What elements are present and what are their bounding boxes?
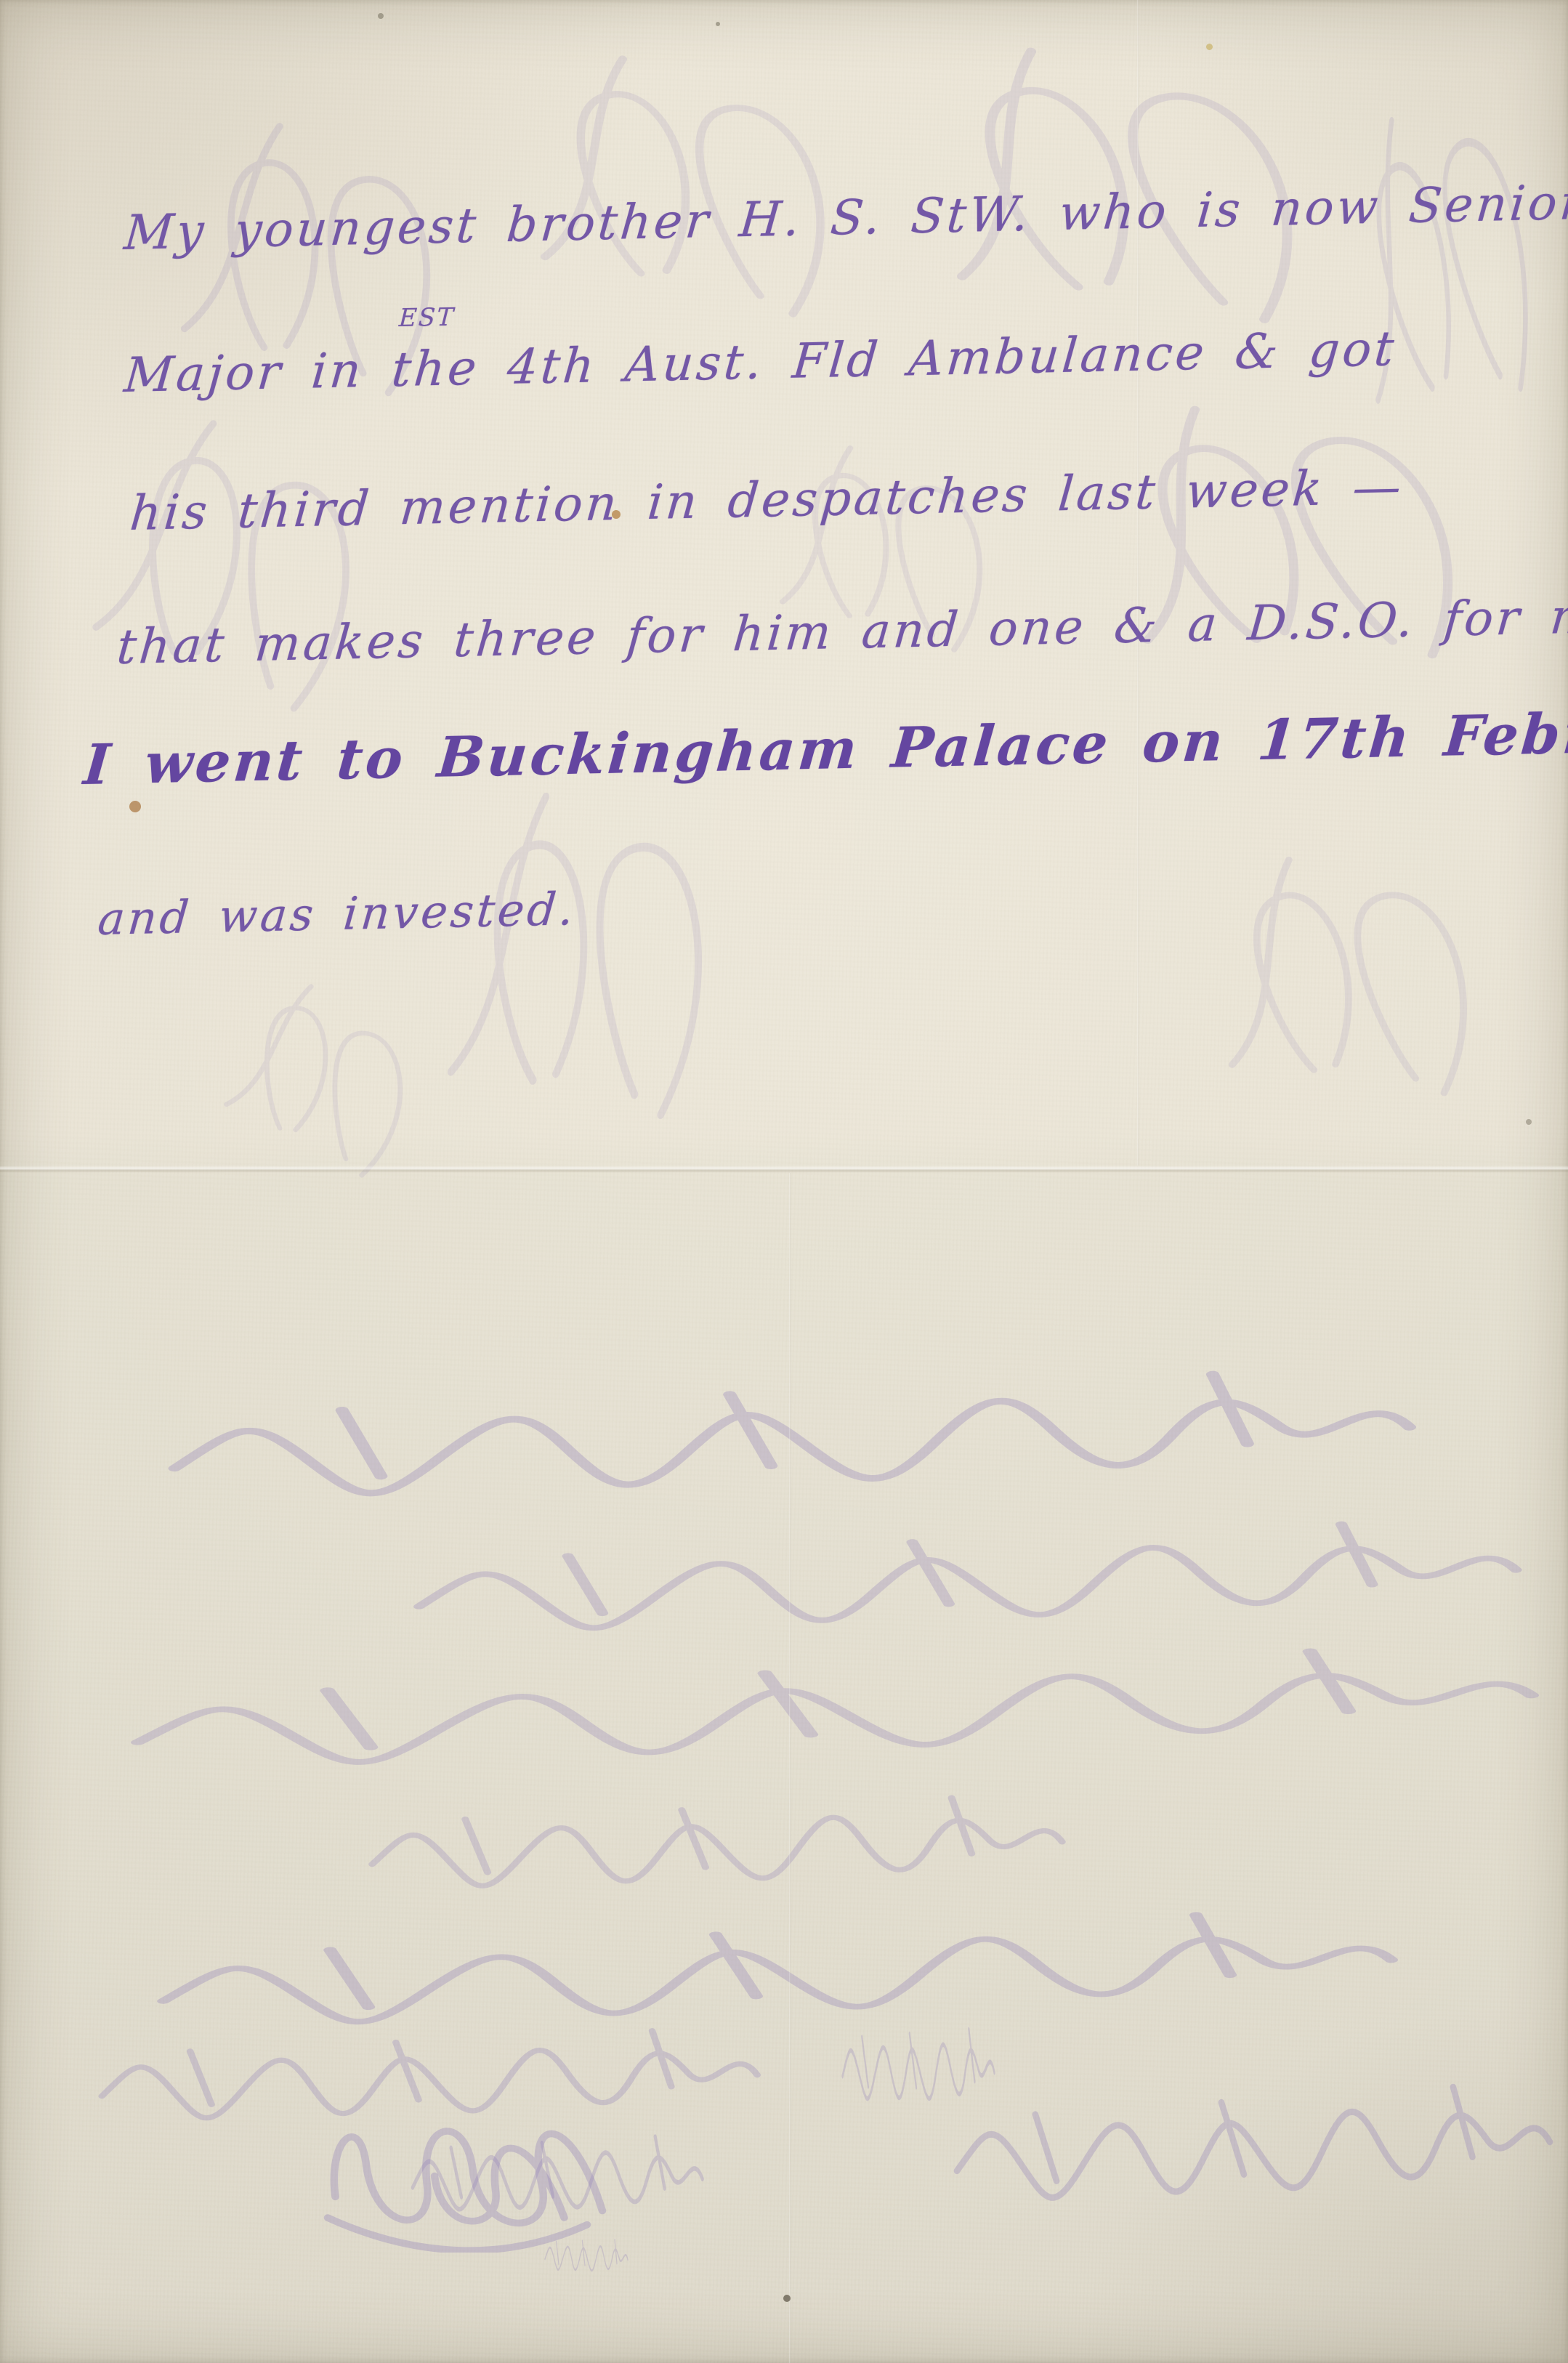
- handwriting-line-2: Major in the 4th Aust. Fld Ambulance & g…: [122, 320, 1399, 403]
- handwriting-line-3: his third mention in despatches last wee…: [128, 459, 1406, 541]
- handwriting-line-6: and was invested.: [96, 882, 578, 945]
- handwriting-line-4: that makes three for him and one & a D.S…: [115, 587, 1568, 675]
- handwriting-line-1: My youngest brother H. S. StW. who is no…: [122, 174, 1568, 261]
- handwriting-correction-superscript: EST: [398, 303, 456, 333]
- handwriting-line-5: I went to Buckingham Palace on 17th Febr…: [81, 698, 1568, 797]
- handwriting-layer: My youngest brother H. S. StW. who is no…: [0, 0, 1568, 2363]
- letter-page: My youngest brother H. S. StW. who is no…: [0, 0, 1568, 2363]
